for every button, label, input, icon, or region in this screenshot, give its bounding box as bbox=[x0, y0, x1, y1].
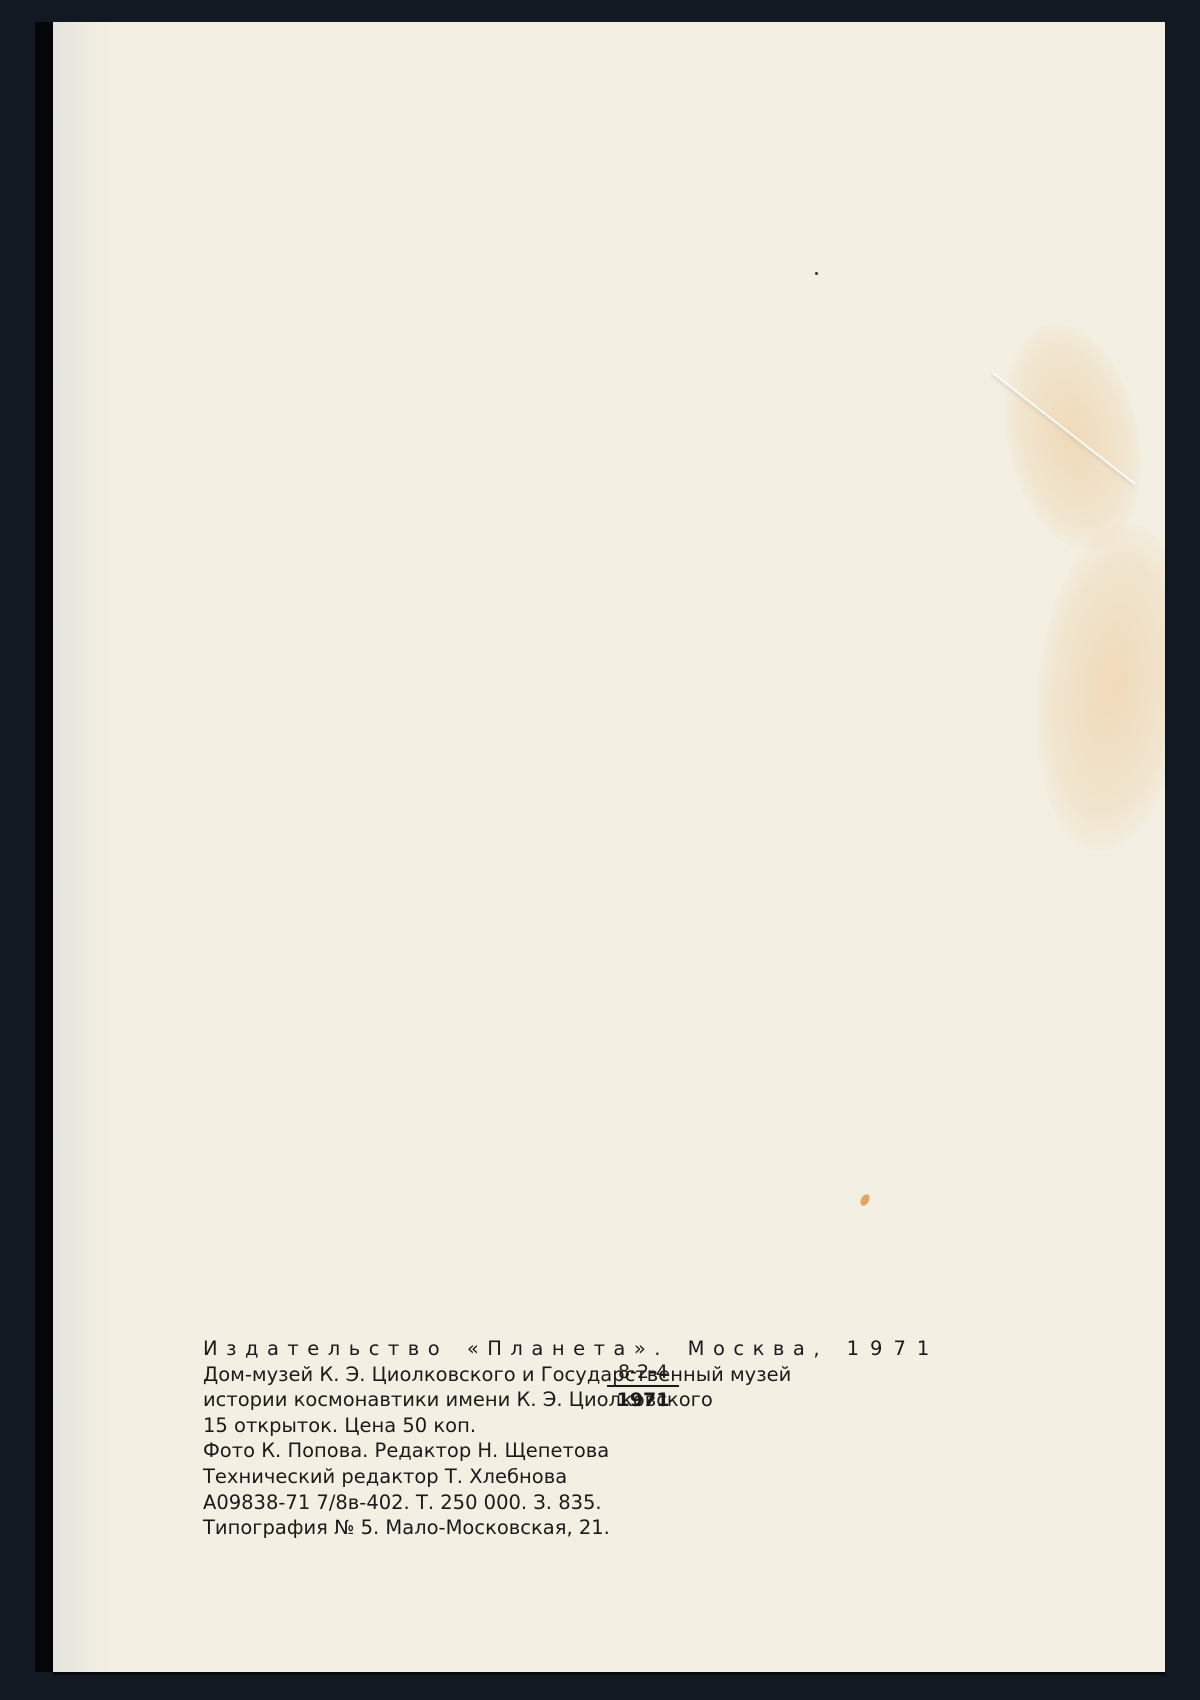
publication-year: 1971 bbox=[847, 1337, 941, 1360]
colophon-count-price: 15 открыток. Цена 50 коп. bbox=[203, 1413, 940, 1439]
publisher-city: Москва, bbox=[688, 1337, 828, 1360]
binding-shadow bbox=[35, 22, 55, 1672]
colophon-print-codes: А09838-71 7/8в-402. Т. 250 000. З. 835. bbox=[203, 1490, 940, 1516]
water-stain-lower bbox=[1021, 515, 1165, 859]
colophon-publisher-line: Издательство «Планета». Москва, 1971 bbox=[203, 1336, 940, 1362]
back-cover-page: Издательство «Планета». Москва, 1971 Дом… bbox=[53, 22, 1165, 1672]
colophon-museum-line-cont: истории космонавтики имени К. Э. Циолков… bbox=[203, 1387, 940, 1413]
colophon-tech-editor: Технический редактор Т. Хлебнова bbox=[203, 1464, 940, 1490]
index-code-fraction: 8-2-4 1971 bbox=[611, 1360, 675, 1411]
publisher-word: Издательство bbox=[203, 1337, 448, 1360]
rust-spot bbox=[859, 1193, 872, 1207]
colophon-credits: Фото К. Попова. Редактор Н. Щепетова bbox=[203, 1438, 940, 1464]
publisher-name: «Планета». bbox=[467, 1337, 669, 1360]
fraction-bar bbox=[607, 1385, 679, 1387]
ink-speck bbox=[815, 272, 818, 275]
colophon-printing-house: Типография № 5. Мало-Московская, 21. bbox=[203, 1515, 940, 1541]
index-code-denominator: 1971 bbox=[611, 1389, 675, 1411]
colophon-museum-line: Дом-музей К. Э. Циолковского и Государст… bbox=[203, 1362, 940, 1388]
colophon-block: Издательство «Планета». Москва, 1971 Дом… bbox=[203, 1336, 940, 1541]
index-code-numerator: 8-2-4 bbox=[611, 1360, 675, 1384]
